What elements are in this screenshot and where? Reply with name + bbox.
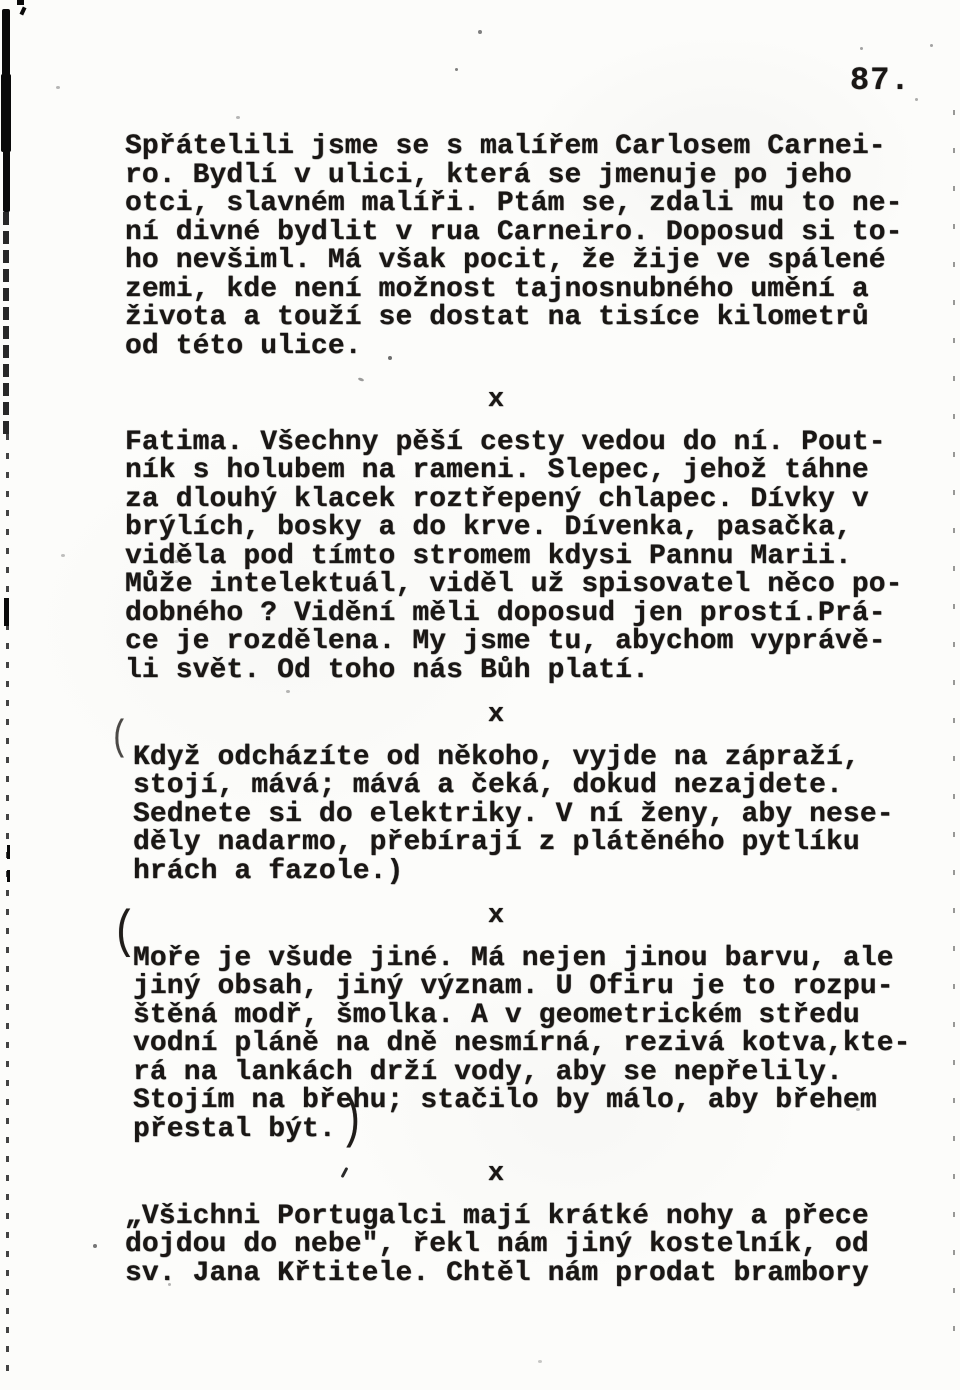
- dust-speck: [538, 1360, 542, 1363]
- scan-edge-artifact: [7, 845, 10, 859]
- dust-speck: [56, 86, 60, 89]
- paragraph-fatima: Fatima. Všechny pěší cesty vedou do ní. …: [125, 429, 915, 686]
- text-line: Moře je všude jiné. Má nejen jinou barvu…: [133, 945, 915, 974]
- text-line: ho nevšiml. Má však pocit, že žije ve sp…: [125, 247, 915, 276]
- dust-speck: [915, 98, 918, 101]
- scan-edge-artifact: [2, 9, 10, 81]
- dust-speck: [93, 1244, 97, 1248]
- text-line: hrách a fazole.): [133, 858, 915, 887]
- scan-edge-artifact: [6, 434, 9, 1379]
- text-line: sv. Jana Křtitele. Chtěl nám prodat bram…: [125, 1260, 915, 1289]
- scan-edge-artifact: [4, 598, 9, 626]
- text-line: ní divné bydlit v rua Carneiro. Doposud …: [125, 219, 915, 248]
- section-separator: x: [125, 386, 915, 415]
- paragraph-zaprazi: ( Když odcházíte od někoho, vyjde na záp…: [125, 744, 915, 887]
- scan-edge-artifact: [1, 74, 11, 152]
- dust-speck: [61, 554, 65, 557]
- text-line: ce je rozdělena. My jsme tu, abychom vyp…: [125, 628, 915, 657]
- text-line: viděla pod tímto stromem kdysi Pannu Mar…: [125, 543, 915, 572]
- section-separator: x: [125, 902, 915, 931]
- text-line: otci, slavném malíři. Ptám se, zdali mu …: [125, 190, 915, 219]
- dust-speck: [478, 30, 482, 34]
- scan-edge-artifact: [7, 870, 10, 882]
- text-line: stojí, mává; mává a čeká, dokud nezajdet…: [133, 772, 915, 801]
- text-line: rá na lankách drží vody, aby se nepřelil…: [133, 1059, 915, 1088]
- text-line: jiný obsah, jiný význam. U Ofiru je to r…: [133, 973, 915, 1002]
- paragraph-more: ( ) Moře je všude jiné. Má nejen jinou b…: [125, 945, 915, 1145]
- dust-speck: [860, 47, 863, 50]
- text-line: ro. Bydlí v ulici, která se jmenuje po j…: [125, 162, 915, 191]
- text-line: Když odcházíte od někoho, vyjde na zápra…: [133, 744, 915, 773]
- scan-edge-artifact: [19, 7, 26, 16]
- text-line: ník s holubem na rameni. Slepec, jehož t…: [125, 457, 915, 486]
- scan-edge-artifact: [17, 0, 24, 5]
- text-line: Spřátelili jsme se s malířem Carlosem Ca…: [125, 133, 915, 162]
- text-line: dobného ? Vidění měli doposud jen prostí…: [125, 600, 915, 629]
- paragraph-carneiro: Spřátelili jsme se s malířem Carlosem Ca…: [125, 133, 915, 361]
- text-line: li svět. Od toho nás Bůh platí.: [125, 657, 915, 686]
- scan-edge-artifact: [953, 110, 955, 1340]
- page-text: Spřátelili jsme se s malířem Carlosem Ca…: [125, 133, 915, 1288]
- text-line: života a touží se dostat na tisíce kilom…: [125, 304, 915, 333]
- scan-edge-artifact: [3, 146, 10, 212]
- scanned-page: 87. Spřátelili jsme se s malířem Carlose…: [0, 0, 960, 1390]
- section-separator: x: [125, 1160, 915, 1189]
- text-line: brýlích, bosky a do krve. Dívenka, pasač…: [125, 514, 915, 543]
- text-line: Může intelektuál, viděl už spisovatel ně…: [125, 571, 915, 600]
- text-line: děly nadarmo, přebírají z plátěného pytl…: [133, 829, 915, 858]
- text-line: od této ulice.: [125, 333, 915, 362]
- text-line: zemi, kde není možnost tajnosnubného umě…: [125, 276, 915, 305]
- text-line: Stojím na břehu; stačilo by málo, aby bř…: [133, 1087, 915, 1116]
- text-line: přestal být.: [133, 1116, 915, 1145]
- text-line: Fatima. Všechny pěší cesty vedou do ní. …: [125, 429, 915, 458]
- text-line: Sednete si do elektriky. V ní ženy, aby …: [133, 801, 915, 830]
- dust-speck: [455, 68, 458, 71]
- text-line: dojdou do nebe", řekl nám jiný kostelník…: [125, 1231, 915, 1260]
- text-line: vodní pláně na dně nesmírná, rezivá kotv…: [133, 1030, 915, 1059]
- page-number: 87.: [850, 62, 911, 99]
- dust-speck: [930, 44, 933, 47]
- section-separator: x: [125, 701, 915, 730]
- dust-speck: [236, 116, 240, 119]
- paragraph-portugalci: „Všichni Portugalci mají krátké nohy a p…: [125, 1203, 915, 1289]
- text-line: „Všichni Portugalci mají krátké nohy a p…: [125, 1203, 915, 1232]
- text-line: štěná modř, šmolka. A v geometrickém stř…: [133, 1002, 915, 1031]
- scan-edge-artifact: [3, 212, 9, 434]
- text-line: za dlouhý klacek roztřepený chlapec. Dív…: [125, 486, 915, 515]
